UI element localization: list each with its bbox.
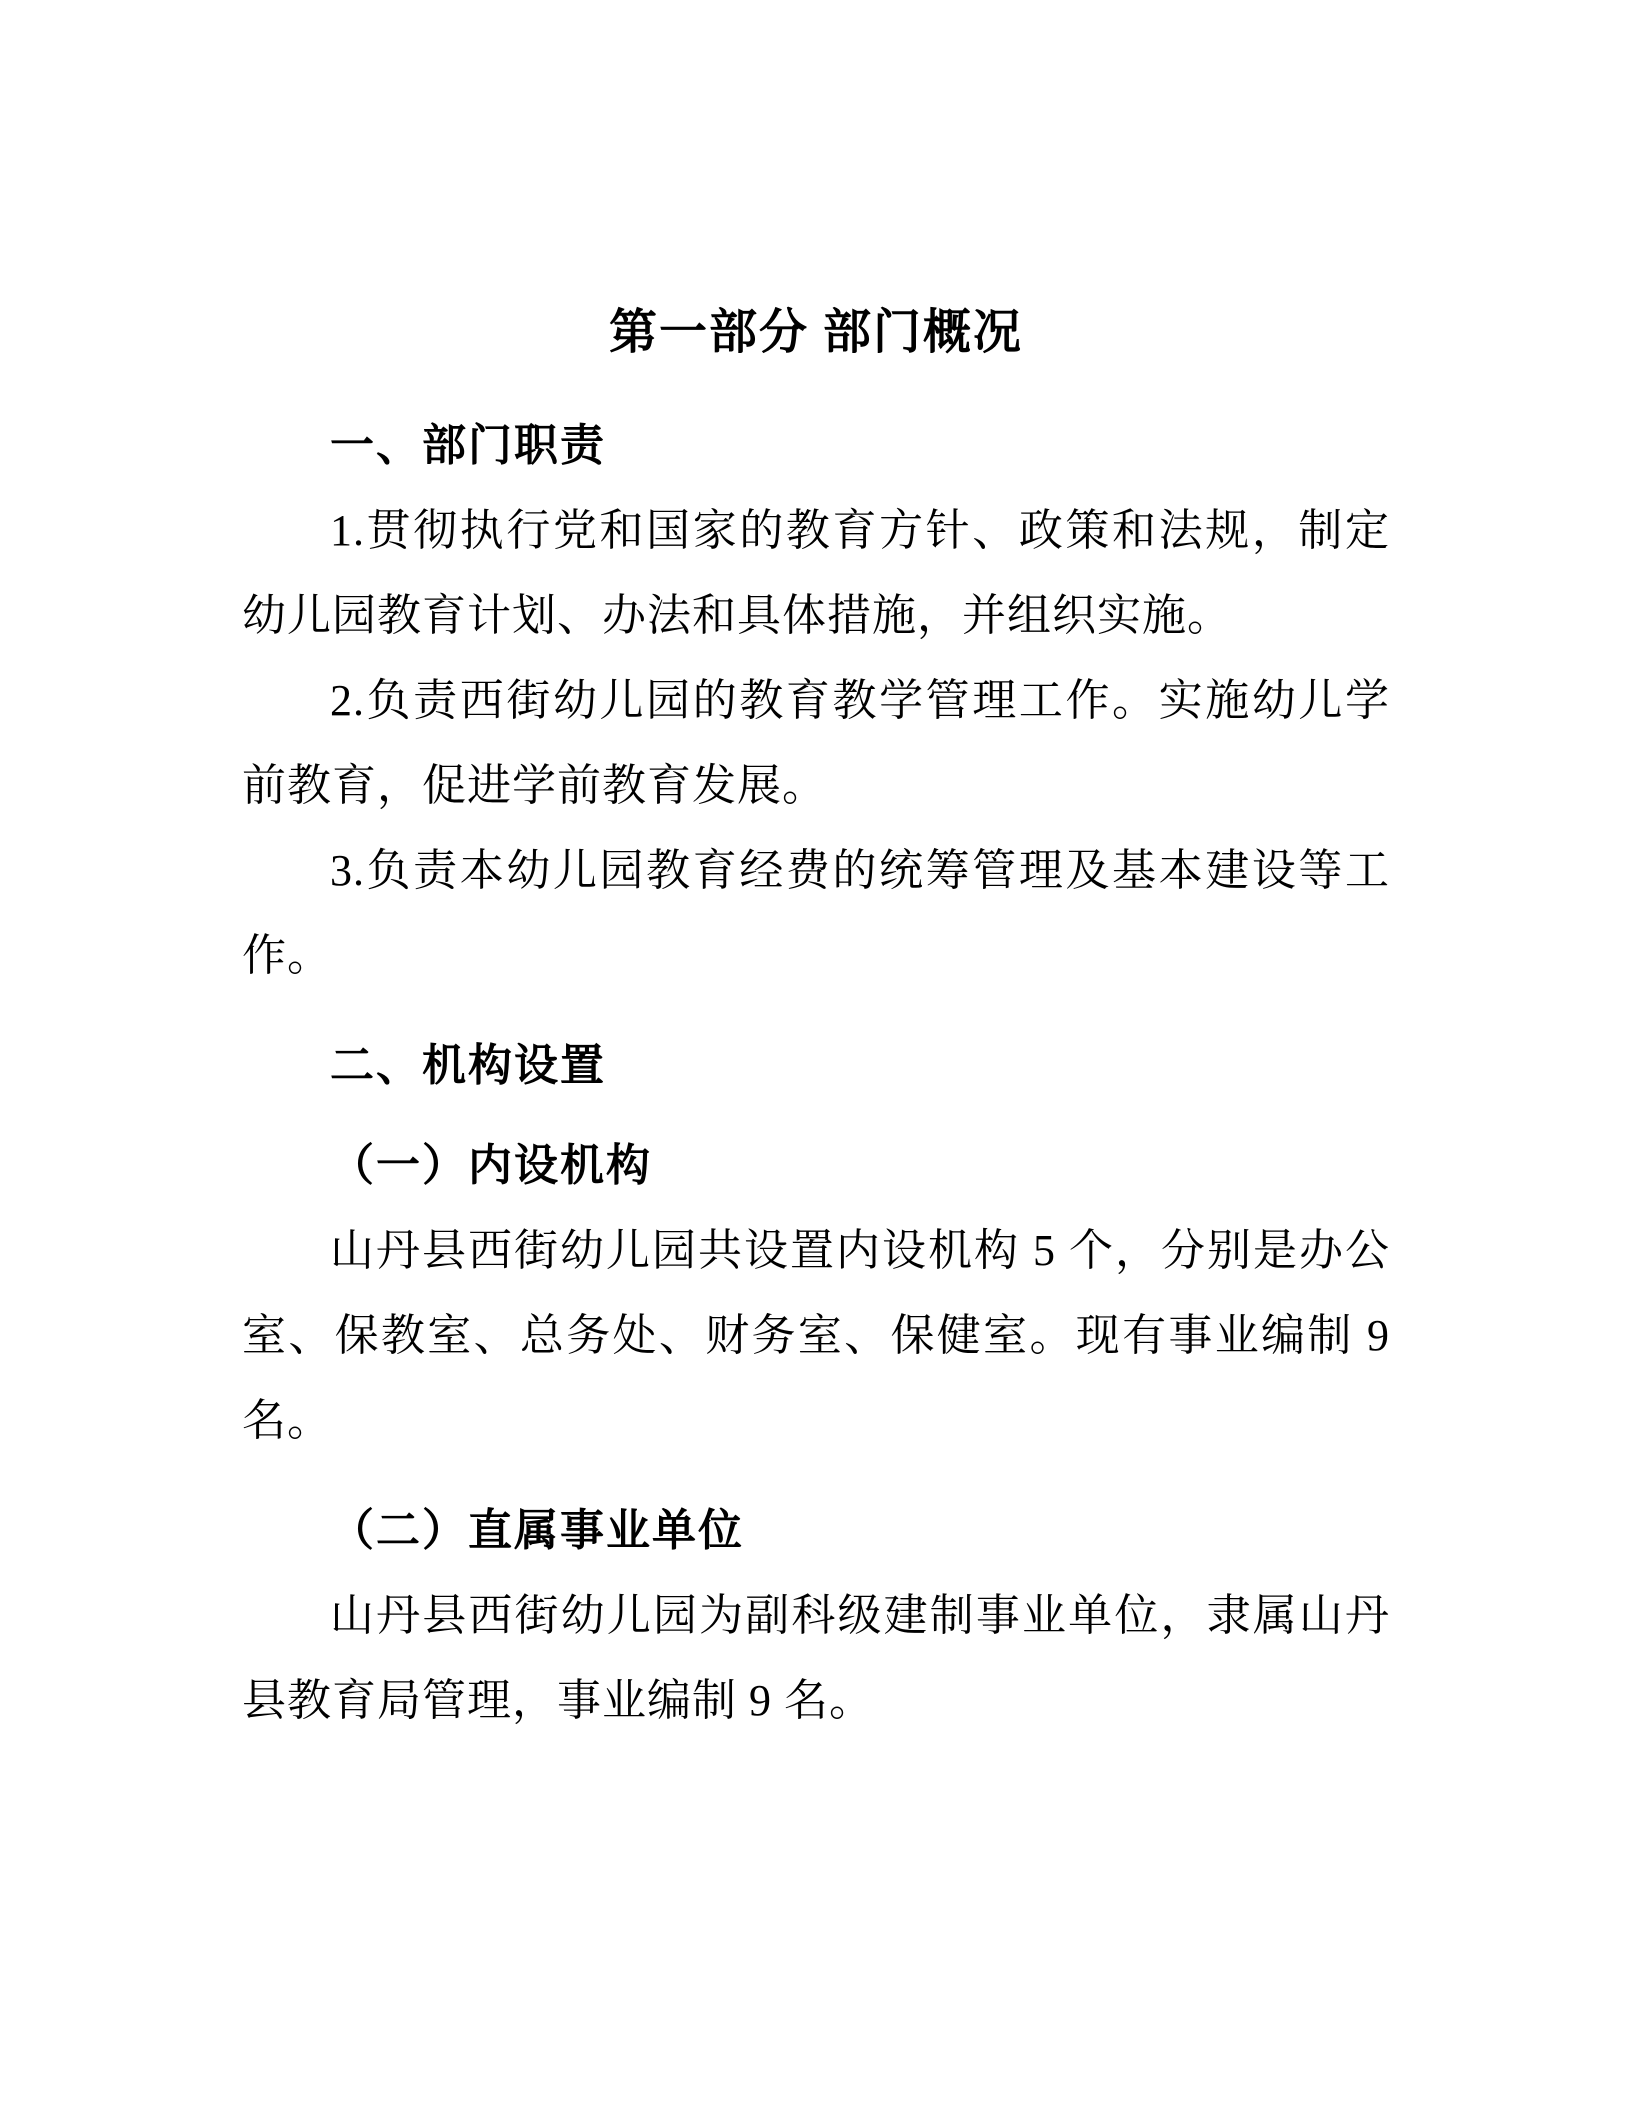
subheading-internal-bodies: （一）内设机构 [242, 1123, 1390, 1208]
subheading-affiliated-units: （二）直属事业单位 [242, 1488, 1390, 1573]
duties-paragraph-1: 1.贯彻执行党和国家的教育方针、政策和法规，制定幼儿园教育计划、办法和具体措施，… [242, 488, 1390, 658]
section-heading-duties: 一、部门职责 [242, 403, 1390, 488]
duties-paragraph-2: 2.负责西街幼儿园的教育教学管理工作。实施幼儿学前教育，促进学前教育发展。 [242, 658, 1390, 828]
internal-bodies-paragraph: 山丹县西街幼儿园共设置内设机构 5 个，分别是办公室、保教室、总务处、财务室、保… [242, 1208, 1390, 1463]
duties-paragraph-3: 3.负责本幼儿园教育经费的统筹管理及基本建设等工作。 [242, 828, 1390, 998]
section-heading-organization: 二、机构设置 [242, 1023, 1390, 1108]
page-title: 第一部分 部门概况 [242, 288, 1390, 378]
document-page: 第一部分 部门概况 一、部门职责 1.贯彻执行党和国家的教育方针、政策和法规，制… [0, 0, 1632, 2112]
affiliated-units-paragraph: 山丹县西街幼儿园为副科级建制事业单位，隶属山丹县教育局管理，事业编制 9 名。 [242, 1573, 1390, 1743]
